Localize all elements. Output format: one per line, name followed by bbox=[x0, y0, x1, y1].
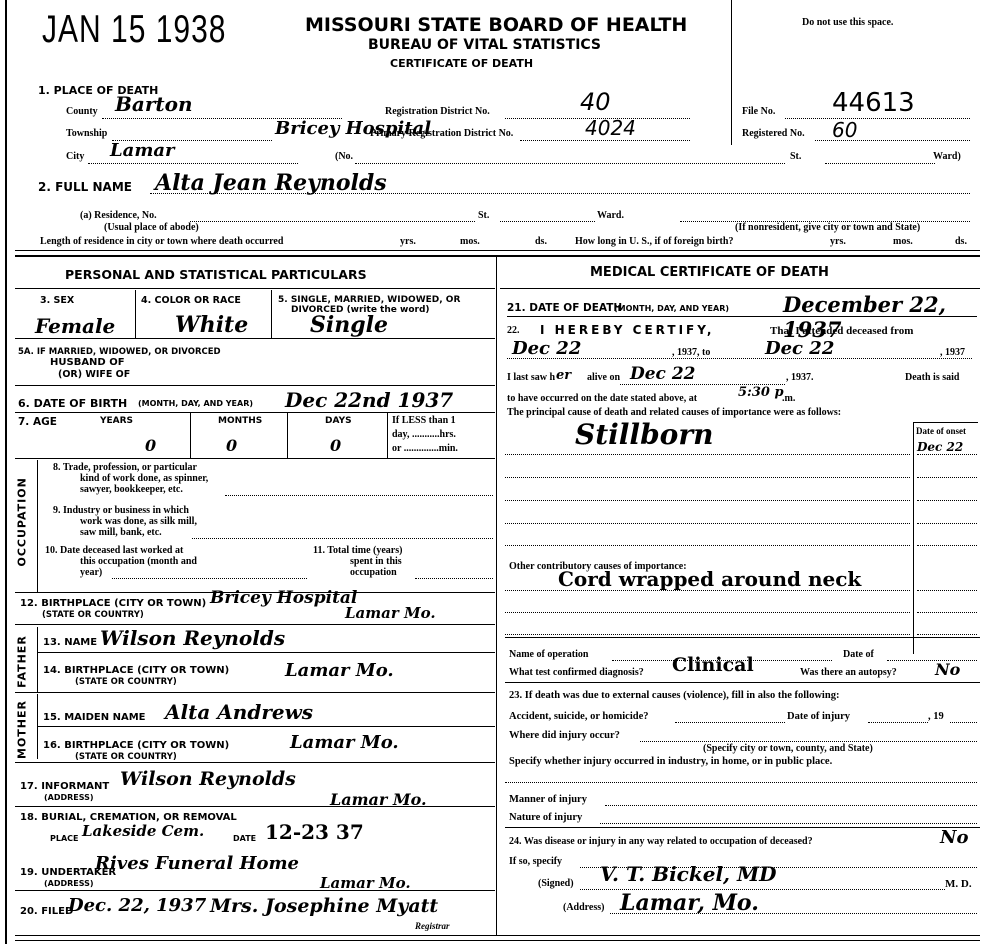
file-no-label: File No. bbox=[742, 106, 775, 117]
primary-district-label: Primary Registration District No. bbox=[370, 128, 513, 139]
occurred-label: to have occurred on the date stated abov… bbox=[507, 393, 697, 404]
length-residence-label: Length of residence in city or town wher… bbox=[40, 236, 283, 247]
residence-sub: (Usual place of abode) bbox=[104, 222, 199, 233]
registered-no-label: Registered No. bbox=[742, 128, 805, 139]
certify-text: That I attended deceased from bbox=[770, 325, 913, 337]
burial-date-value[interactable]: 12-23 37 bbox=[265, 820, 364, 844]
industry-label-3: saw mill, bank, etc. bbox=[80, 527, 162, 538]
onset-date-value[interactable]: Dec 22 bbox=[917, 440, 963, 454]
length-mos: mos. bbox=[460, 236, 480, 247]
father-birthplace-label: 14. BIRTHPLACE (CITY OR TOWN) bbox=[43, 665, 229, 676]
foreign-birth-label: How long in U. S., if of foreign birth? bbox=[575, 236, 733, 247]
nature-injury-label: Nature of injury bbox=[509, 812, 582, 823]
mother-side-label: MOTHER bbox=[16, 698, 29, 762]
occupation-related-label: 24. Was disease or injury in any way rel… bbox=[509, 836, 813, 847]
dod-label: 21. DATE OF DEATH bbox=[507, 302, 622, 314]
accident-label: Accident, suicide, or homicide? bbox=[509, 711, 649, 722]
time-value[interactable]: 5:30 p bbox=[738, 385, 784, 400]
dod-sub: (MONTH, DAY, AND YEAR) bbox=[614, 304, 729, 313]
residence-st-label: St. bbox=[478, 210, 489, 221]
sex-label: 3. SEX bbox=[40, 295, 74, 306]
last-saw-pronoun[interactable]: er bbox=[556, 368, 571, 383]
mother-birthplace-label: 16. BIRTHPLACE (CITY OR TOWN) bbox=[43, 740, 229, 751]
dob-value[interactable]: Dec 22nd 1937 bbox=[285, 388, 453, 412]
age-label: 7. AGE bbox=[18, 416, 57, 428]
burial-date-label: DATE bbox=[233, 834, 256, 843]
race-label: 4. COLOR OR RACE bbox=[141, 295, 241, 306]
registered-no-value[interactable]: 60 bbox=[832, 118, 857, 142]
registrar-signature[interactable]: Mrs. Josephine Myatt bbox=[210, 895, 438, 917]
test-label: What test confirmed diagnosis? bbox=[509, 667, 644, 678]
received-date-stamp: JAN 15 1938 bbox=[42, 8, 226, 52]
less-hrs: day, ...........hrs. bbox=[392, 429, 456, 440]
informant-label: 17. INFORMANT bbox=[20, 781, 109, 792]
physician-address-label: (Address) bbox=[563, 902, 604, 913]
personal-section-title: PERSONAL AND STATISTICAL PARTICULARS bbox=[65, 267, 367, 282]
father-name-label: 13. NAME bbox=[43, 637, 97, 648]
less-min: or ..............min. bbox=[392, 443, 458, 454]
months-label: MONTHS bbox=[218, 416, 262, 426]
specify-injury-label: Specify whether injury occurred in indus… bbox=[509, 756, 832, 767]
full-name-value[interactable]: Alta Jean Reynolds bbox=[155, 170, 387, 196]
dob-label: 6. DATE OF BIRTH bbox=[18, 397, 127, 410]
mother-birthplace-value[interactable]: Lamar Mo. bbox=[290, 732, 399, 753]
industry-label-2: work was done, as silk mill, bbox=[80, 516, 197, 527]
residence-ward-label: Ward. bbox=[597, 210, 624, 221]
time-suffix: .m. bbox=[782, 393, 795, 404]
autopsy-label: Was there an autopsy? bbox=[800, 667, 897, 678]
alive-on-label: alive on bbox=[587, 372, 620, 383]
principal-cause-value[interactable]: Stillborn bbox=[575, 418, 713, 451]
filed-date-value[interactable]: Dec. 22, 1937 bbox=[68, 895, 206, 916]
trade-label-3: sawyer, bookkeeper, etc. bbox=[80, 484, 183, 495]
industry-label-1: 9. Industry or business in which bbox=[53, 505, 189, 516]
date-injury-label: Date of injury bbox=[787, 711, 850, 722]
attended-from-value[interactable]: Dec 22 bbox=[512, 338, 581, 359]
date-of-label: Date of bbox=[843, 649, 874, 660]
age-years-value[interactable]: 0 bbox=[145, 436, 156, 455]
race-value[interactable]: White bbox=[175, 312, 248, 338]
left-border bbox=[5, 0, 7, 944]
autopsy-value[interactable]: No bbox=[935, 660, 960, 679]
registrar-label: Registrar bbox=[415, 921, 450, 931]
trade-label-1: 8. Trade, profession, or particular bbox=[53, 462, 197, 473]
nonresident-note: (If nonresident, give city or town and S… bbox=[735, 222, 920, 233]
undertaker-sub: (ADDRESS) bbox=[44, 879, 94, 888]
no-label: (No. bbox=[335, 151, 353, 162]
residence-label: (a) Residence, No. bbox=[80, 210, 157, 221]
last-worked-label-1: 10. Date deceased last worked at bbox=[45, 545, 183, 556]
father-name-value[interactable]: Wilson Reynolds bbox=[100, 626, 285, 650]
ward-label: Ward) bbox=[933, 151, 961, 162]
spouse-label-2: HUSBAND OF bbox=[50, 357, 125, 368]
full-name-label: 2. FULL NAME bbox=[38, 180, 132, 194]
other-causes-value[interactable]: Cord wrapped around neck bbox=[558, 567, 861, 591]
foreign-ds: ds. bbox=[955, 236, 967, 247]
header-title: MISSOURI STATE BOARD OF HEALTH bbox=[305, 14, 687, 36]
test-value[interactable]: Clinical bbox=[672, 654, 754, 676]
where-injury-sub: (Specify city or town, county, and State… bbox=[703, 743, 873, 754]
attended-to-year: , 1937 bbox=[940, 347, 965, 358]
file-no-value[interactable]: 44613 bbox=[832, 88, 915, 118]
signed-label: (Signed) bbox=[538, 878, 574, 889]
mother-maiden-value[interactable]: Alta Andrews bbox=[165, 700, 313, 724]
primary-district-value[interactable]: 4024 bbox=[585, 116, 636, 140]
total-time-label-2: spent in this bbox=[350, 556, 402, 567]
occupation-side-label: OCCUPATION bbox=[16, 487, 29, 567]
undertaker-name-value[interactable]: Rives Funeral Home bbox=[95, 853, 299, 874]
registration-district-label: Registration District No. bbox=[385, 106, 490, 117]
foreign-yrs: yrs. bbox=[830, 236, 846, 247]
attended-from-year: , 1937, to bbox=[672, 347, 710, 358]
do-not-use-label: Do not use this space. bbox=[802, 17, 893, 28]
last-worked-label-3: year) bbox=[80, 567, 102, 578]
mother-birthplace-sub: (STATE OR COUNTRY) bbox=[75, 752, 177, 762]
age-days-value[interactable]: 0 bbox=[330, 436, 341, 455]
informant-sub: (ADDRESS) bbox=[44, 793, 94, 802]
attended-to-value[interactable]: Dec 22 bbox=[765, 338, 834, 359]
principal-cause-label: The principal cause of death and related… bbox=[507, 407, 841, 418]
physician-address-value[interactable]: Lamar, Mo. bbox=[620, 890, 759, 916]
registration-district-value[interactable]: 40 bbox=[580, 88, 611, 116]
total-time-label-1: 11. Total time (years) bbox=[313, 545, 402, 556]
certify-num: 22. bbox=[507, 325, 520, 336]
total-time-label-3: occupation bbox=[350, 567, 397, 578]
last-worked-label-2: this occupation (month and bbox=[80, 556, 197, 567]
operation-label: Name of operation bbox=[509, 649, 588, 660]
father-side-label: FATHER bbox=[16, 630, 29, 694]
days-label: DAYS bbox=[325, 416, 352, 426]
dob-sub: (MONTH, DAY, AND YEAR) bbox=[138, 399, 253, 408]
md-label: M. D. bbox=[945, 878, 972, 890]
death-said-label: Death is said bbox=[905, 372, 959, 383]
right-divider bbox=[731, 0, 732, 145]
length-ds: ds. bbox=[535, 236, 547, 247]
spouse-label-1: 5A. IF MARRIED, WIDOWED, OR DIVORCED bbox=[18, 347, 221, 357]
city-value[interactable]: Lamar bbox=[110, 140, 175, 161]
less-than-label: If LESS than 1 bbox=[392, 415, 456, 426]
burial-place-label: PLACE bbox=[50, 834, 79, 843]
city-label: City bbox=[66, 151, 84, 162]
sex-value[interactable]: Female bbox=[35, 314, 115, 338]
birthplace-label: 12. BIRTHPLACE (CITY OR TOWN) bbox=[20, 598, 206, 609]
physician-signature[interactable]: V. T. Bickel, MD bbox=[600, 862, 776, 886]
years-label: YEARS bbox=[100, 416, 133, 426]
center-divider bbox=[496, 255, 497, 935]
where-injury-label: Where did injury occur? bbox=[509, 730, 620, 741]
external-causes-label: 23. If death was due to external causes … bbox=[509, 690, 839, 701]
birthplace-city-value[interactable]: Bricey Hospital bbox=[210, 588, 357, 608]
marital-label-1: 5. SINGLE, MARRIED, WIDOWED, OR bbox=[278, 295, 460, 305]
birthplace-sub: (STATE OR COUNTRY) bbox=[42, 610, 144, 620]
st-label: St. bbox=[790, 151, 801, 162]
trade-label-2: kind of work done, as spinner, bbox=[80, 473, 208, 484]
filed-label: 20. FILED bbox=[20, 906, 73, 917]
certify-label: I HEREBY CERTIFY, bbox=[540, 323, 715, 337]
last-saw-date-value[interactable]: Dec 22 bbox=[630, 364, 696, 384]
marital-value[interactable]: Single bbox=[310, 312, 388, 338]
medical-section-title: MEDICAL CERTIFICATE OF DEATH bbox=[590, 265, 829, 280]
township-label: Township bbox=[66, 128, 107, 139]
birthplace-state-value[interactable]: Lamar Mo. bbox=[345, 604, 436, 622]
mother-maiden-label: 15. MAIDEN NAME bbox=[43, 712, 145, 723]
burial-place-value[interactable]: Lakeside Cem. bbox=[82, 822, 204, 840]
spouse-label-3: (OR) WIFE OF bbox=[58, 369, 130, 380]
age-months-value[interactable]: 0 bbox=[226, 436, 237, 455]
last-saw-year: , 1937. bbox=[786, 372, 814, 383]
informant-name-value[interactable]: Wilson Reynolds bbox=[120, 768, 296, 790]
county-value[interactable]: Barton bbox=[115, 92, 193, 116]
if-so-label: If so, specify bbox=[509, 856, 562, 867]
father-birthplace-value[interactable]: Lamar Mo. bbox=[285, 660, 394, 681]
manner-injury-label: Manner of injury bbox=[509, 794, 587, 805]
foreign-mos: mos. bbox=[893, 236, 913, 247]
header-subtitle: BUREAU OF VITAL STATISTICS bbox=[368, 37, 601, 53]
header-form-name: CERTIFICATE OF DEATH bbox=[390, 57, 533, 70]
onset-label: Date of onset bbox=[916, 426, 966, 436]
father-birthplace-sub: (STATE OR COUNTRY) bbox=[75, 677, 177, 687]
injury-year: , 19 bbox=[928, 711, 944, 722]
length-yrs: yrs. bbox=[400, 236, 416, 247]
last-saw-label: I last saw h bbox=[507, 372, 555, 383]
county-label: County bbox=[66, 106, 98, 117]
occupation-related-value[interactable]: No bbox=[940, 827, 968, 848]
